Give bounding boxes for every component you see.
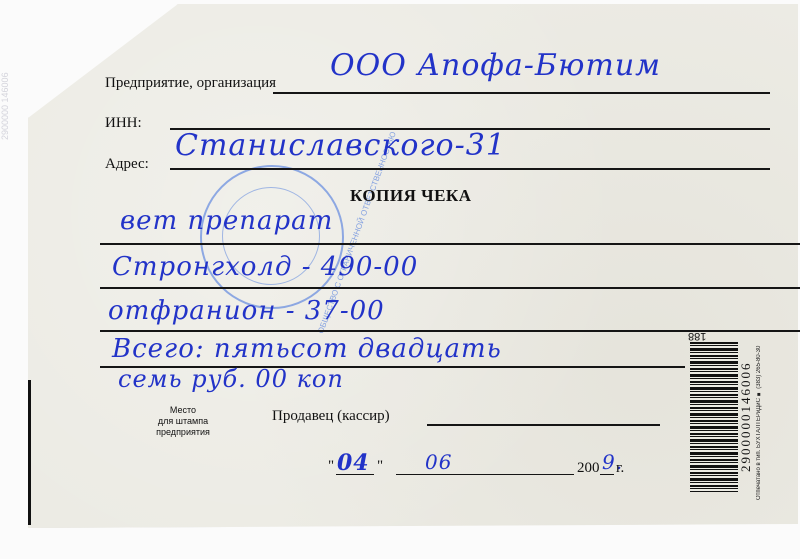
org-line — [273, 92, 770, 94]
address-label: Адрес: — [105, 156, 149, 173]
item-line-4[interactable]: Всего: пятьсот двадцать — [112, 334, 502, 364]
stamp-place-caption: Место для штампа предприятия — [138, 405, 228, 438]
address-line — [170, 168, 770, 170]
date-month[interactable]: 06 — [425, 450, 452, 474]
barcode-number: 2900000146006 — [738, 342, 754, 492]
date-open-quote: " — [328, 458, 334, 475]
printer-imprint: Отпечатано в тип. БУХТАЛТЕРиДиС ■ (383) … — [756, 325, 766, 500]
item-line-3[interactable]: отфранион - 37-00 — [108, 296, 385, 326]
seller-signature-line[interactable] — [427, 424, 660, 426]
barcode-top-number: 188 — [688, 330, 706, 342]
date-close-quote: " — [377, 458, 383, 475]
org-label: Предприятие, организация — [105, 75, 276, 92]
seller-label: Продавец (кассир) — [272, 408, 390, 425]
item-line-2[interactable]: Стронгхолд - 490-00 — [112, 252, 418, 282]
item-line-1[interactable]: вет препарат — [120, 206, 333, 236]
inn-label: ИНН: — [105, 115, 142, 132]
item-line-5[interactable]: семь руб. 00 коп — [118, 365, 344, 393]
document-title: КОПИЯ ЧЕКА — [350, 186, 472, 206]
item-rule-1 — [100, 243, 800, 245]
org-value[interactable]: ООО Апофа-Бютим — [330, 48, 661, 83]
date-month-line — [396, 474, 574, 475]
date-day-line — [336, 474, 374, 475]
barcode — [690, 342, 738, 492]
address-value[interactable]: Станиславского-31 — [175, 128, 506, 163]
date-year-line — [600, 474, 614, 475]
date-day[interactable]: 04 — [337, 450, 370, 476]
date-year-prefix: 200 — [577, 460, 600, 477]
date-year-unit: г. — [616, 460, 624, 477]
paper-edge-shadow — [28, 380, 31, 525]
item-rule-2 — [100, 287, 800, 289]
